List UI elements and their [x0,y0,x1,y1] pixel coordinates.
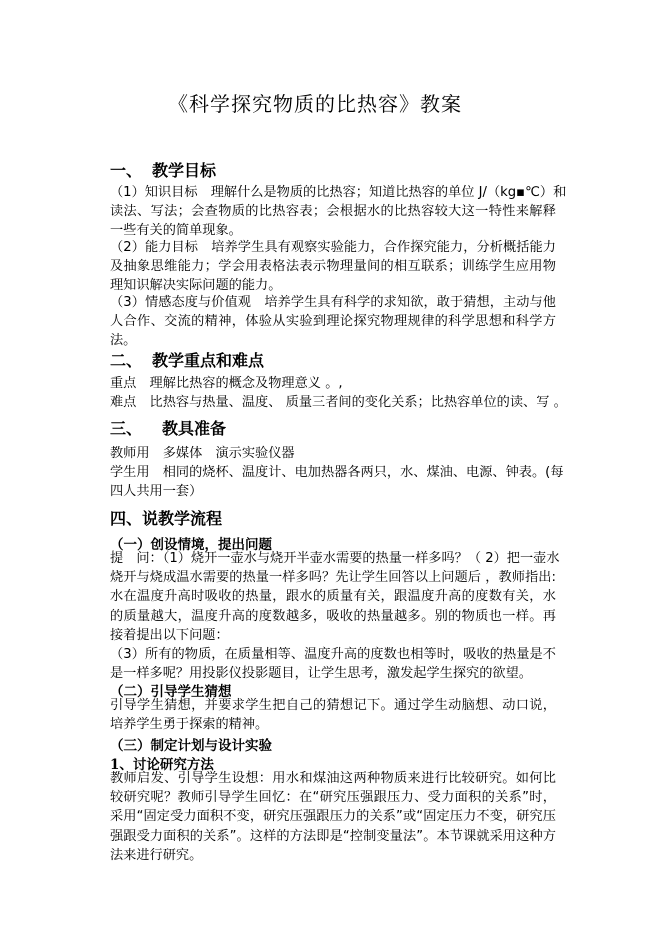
text-line: 及抽象思维能力；学会用表格法表示物理量间的相互联系；训练学生应用物 [110,257,556,276]
text-line: （1）知识目标 理解什么是物质的比热容；知道比热容的单位 J/（kg▪℃）和 [110,183,556,202]
paragraph-guess: 引导学生猜想，并要求学生把自己的猜想记下。通过学生动脑想、动口说， 培养学生勇于… [110,696,556,734]
text-line: 强跟受力面积的关系”。这样的方法即是“控制变量法”。本节课就采用这种方 [110,827,556,846]
section-number: 四、 [110,509,142,528]
text-line: 难点 比热容与热量、温度、 质量三者间的变化关系；比热容单位的读、写 。 [110,393,556,412]
document-title: 《科学探究物质的比热容》教案 [168,88,462,117]
text-line: 较研究呢？教师引导学生回忆：在“研究压强跟压力、受力面积的关系”时， [110,788,556,807]
paragraph-student-materials: 学生用 相同的烧杯、温度计、电加热器各两只，水、煤油、电源、钟表。(每 四人共用… [110,463,556,501]
section-title: 教学重点和难点 [152,351,264,370]
section-heading-process: 四、说教学流程 [110,506,222,529]
text-line: 引导学生猜想，并要求学生把自己的猜想记下。通过学生动脑想、动口说， [110,696,556,715]
text-line: 教师用 多媒体 演示实验仪器 [110,444,556,463]
text-line: 的质量越大，温度升高的度数越多，吸收的热量越多。别的物质也一样。再 [110,607,556,626]
text-line: 提 问：（1）烧开一壶水与烧开半壶水需要的热量一样多吗？（ 2）把一壶水 [110,549,556,568]
text-line: 水在温度升高时吸收的热量，跟水的质量有关，跟温度升高的度数有关，水 [110,587,556,606]
text-line: 法来进行研究。 [110,846,556,865]
paragraph-method: 教师启发、引导学生设想：用水和煤油这两种物质来进行比较研究。如何比 较研究呢？教… [110,769,556,865]
paragraph-key-point: 重点 理解比热容的概念及物理意义 。, [110,374,556,393]
paragraph-difficulty: 难点 比热容与热量、温度、 质量三者间的变化关系；比热容单位的读、写 。 [110,393,556,412]
section-heading-key-points: 二、教学重点和难点 [110,348,264,371]
section-title: 教具准备 [162,419,226,438]
text-line: 重点 理解比热容的概念及物理意义 。, [110,374,556,393]
paragraph-teacher-materials: 教师用 多媒体 演示实验仪器 [110,444,556,463]
section-number: 一、 [110,158,152,181]
section-number: 二、 [110,348,152,371]
section-heading-materials: 三、教具准备 [110,416,226,439]
paragraph-questioning: 提 问：（1）烧开一壶水与烧开半壶水需要的热量一样多吗？（ 2）把一壶水 烧开与… [110,549,556,683]
section-number: 三、 [110,416,162,439]
text-line: 培养学生勇于探索的精神。 [110,715,556,734]
text-line: （2）能力目标 培养学生具有观察实验能力，合作探究能力，分析概括能力 [110,238,556,257]
text-line: 教师启发、引导学生设想：用水和煤油这两种物质来进行比较研究。如何比 [110,769,556,788]
paragraph-attitude-goal: （3）情感态度与价值观 培养学生具有科学的求知欲，敢于猜想，主动与他 人合作、交… [110,293,556,351]
subsection-heading-3: （三）制定计划与设计实验 [110,734,272,754]
text-line: （3）所有的物质，在质量相等、温度升高的度数也相等时，吸收的热量是不 [110,645,556,664]
paragraph-ability-goal: （2）能力目标 培养学生具有观察实验能力，合作探究能力，分析概括能力 及抽象思维… [110,238,556,296]
text-line: 人合作、交流的精神，体验从实验到理论探究物理规律的科学思想和科学方 [110,312,556,331]
text-line: 学生用 相同的烧杯、温度计、电加热器各两只，水、煤油、电源、钟表。(每 [110,463,556,482]
text-line: 烧开与烧成温水需要的热量一样多吗？先让学生回答以上问题后 ，教师指出: [110,568,556,587]
paragraph-knowledge-goal: （1）知识目标 理解什么是物质的比热容；知道比热容的单位 J/（kg▪℃）和 读… [110,183,556,241]
section-title: 教学目标 [152,161,216,180]
section-heading-objectives: 一、教学目标 [110,158,216,181]
section-title: 说教学流程 [142,509,222,528]
text-line: 四人共用一套） [110,482,556,501]
text-line: 读法、写法；会查物质的比热容表；会根据水的比热容较大这一特性来解释 [110,202,556,221]
text-line: （3）情感态度与价值观 培养学生具有科学的求知欲，敢于猜想，主动与他 [110,293,556,312]
text-line: 采用“固定受力面积不变，研究压强跟压力的关系”或“固定压力不变，研究压 [110,807,556,826]
text-line: 接着提出以下问题： [110,626,556,645]
